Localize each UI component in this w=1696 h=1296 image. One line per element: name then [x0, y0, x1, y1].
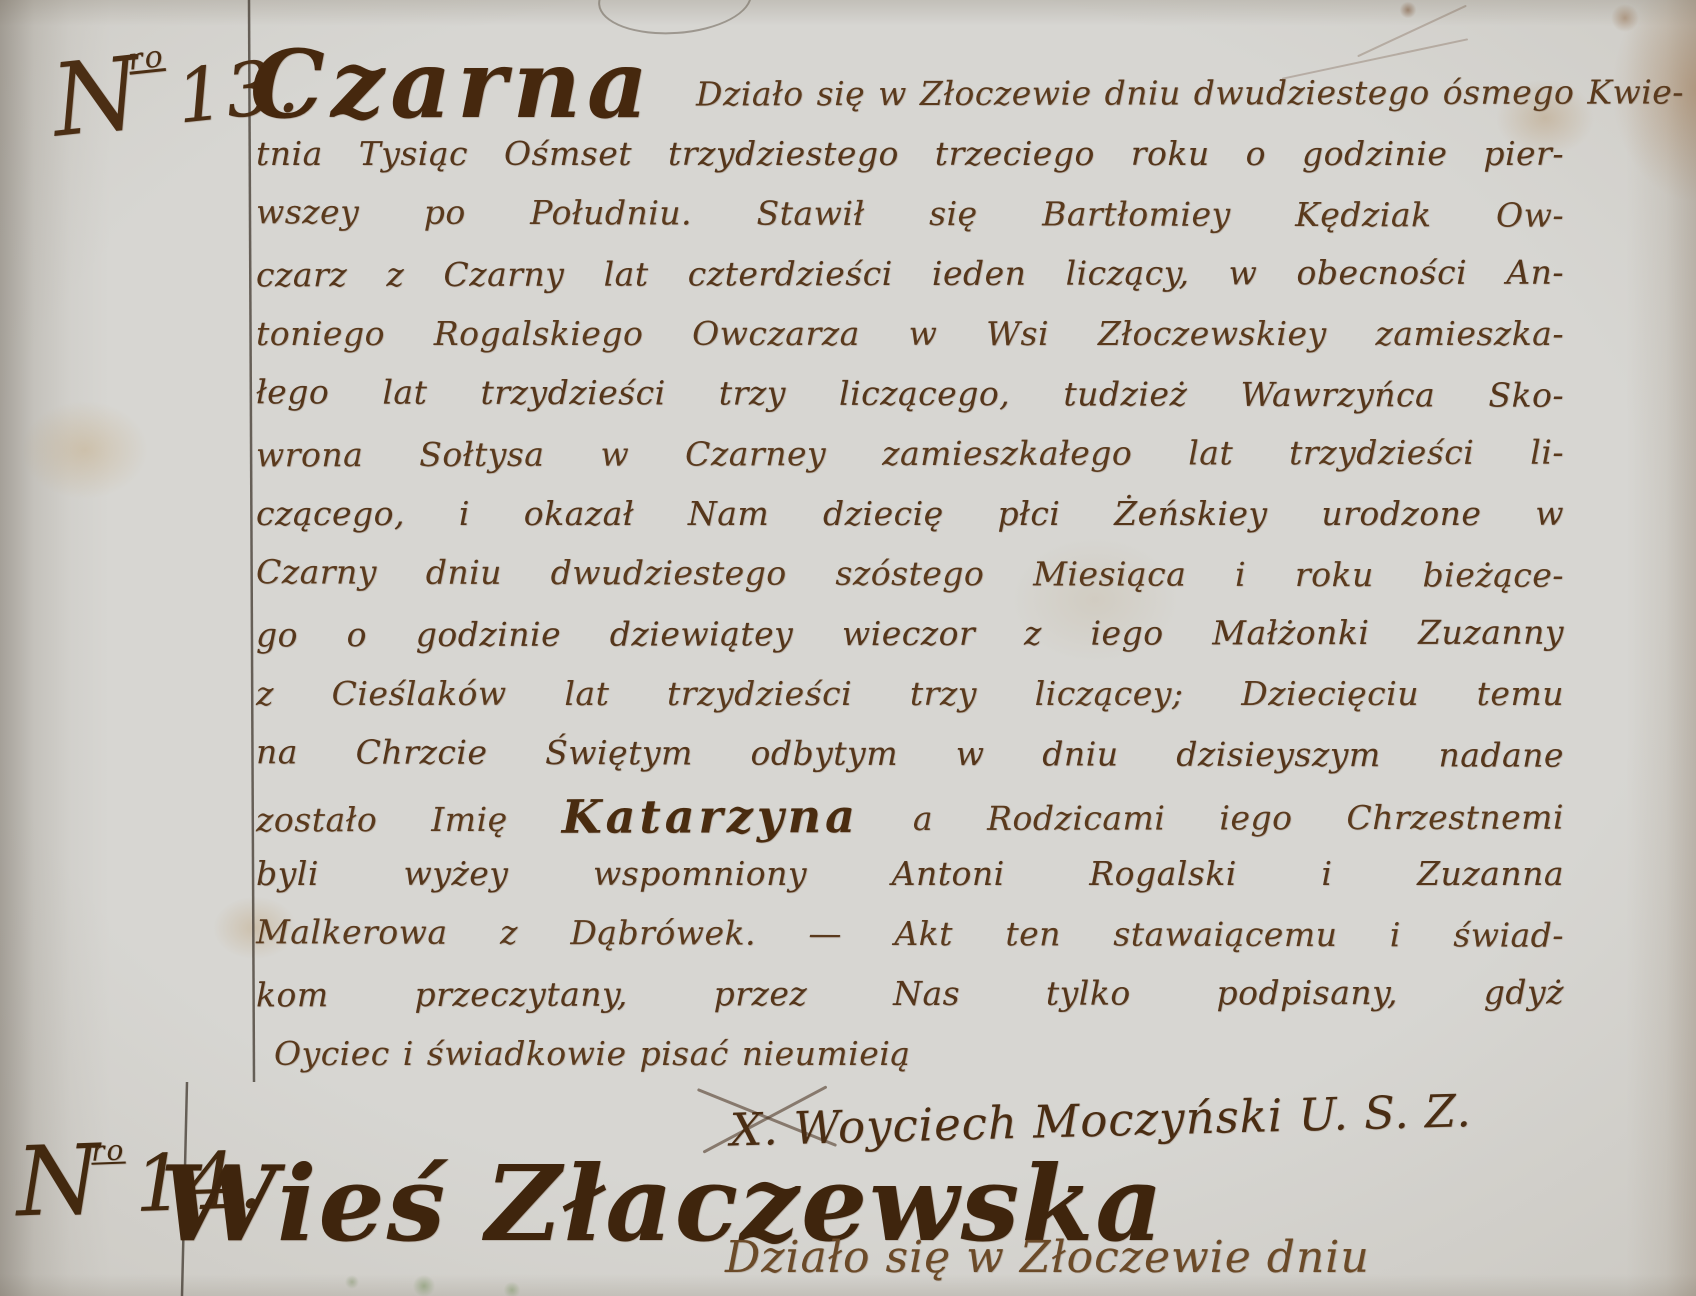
record-line: Czarny dniu dwudziestego szóstego Miesią…	[256, 542, 1564, 605]
record-line: wszey po Południu. Stawił się Bartłomiey…	[256, 182, 1564, 245]
record-line: tnia Tysiąc Ośmset trzydziestego trzecie…	[256, 124, 1564, 184]
record-line: go o godzinie dziewiątey wieczor z iego …	[256, 603, 1564, 666]
record-line-child-name: zostało Imię Katarzyna a Rodzicami iego …	[256, 783, 1564, 846]
record-line: kom przeczytany, przez Nas tylko podpisa…	[256, 963, 1564, 1026]
record-line: Oyciec i świadkowie pisać nieumieią	[256, 1024, 1564, 1084]
record-14-number-prefix: N	[14, 1123, 102, 1238]
record-line: czarz z Czarny lat czterdzieści ieden li…	[256, 243, 1564, 306]
child-name: Katarzyna	[562, 789, 859, 844]
record-line: wrona Sołtysa w Czarney zamieszkałego la…	[256, 423, 1564, 486]
record-line: toniego Rogalskiego Owczarza w Wsi Złocz…	[256, 304, 1564, 364]
name-line-pre: zostało Imię	[256, 800, 562, 840]
record-line: na Chrzcie Świętym odbytym w dniu dzisie…	[256, 722, 1564, 785]
record-line: byli wyżey wspomniony Antoni Rogalski i …	[256, 844, 1564, 904]
record-13-number-superscript: ro	[126, 39, 166, 78]
record-line: Malkerowa z Dąbrówek. — Akt ten stawaiąc…	[256, 902, 1564, 965]
record-line: z Cieślaków lat trzydzieści trzy liczące…	[256, 664, 1564, 724]
record-line: czącego, i okazał Nam dziecię płci Żeńsk…	[256, 484, 1564, 544]
record-14-opening-fragment: Działo się w Złoczewie dniu	[725, 1232, 1370, 1283]
record-line: łego lat trzydzieści trzy liczącego, tud…	[256, 362, 1564, 425]
record-line: Działo się w Złoczewie dniu dwudziestego…	[256, 63, 1564, 126]
register-page-scan: Nro13. Czarna Działo się w Złoczewie dni…	[0, 0, 1696, 1296]
name-line-post: a Rodzicami iego Chrzestnemi	[859, 798, 1564, 838]
record-14-number-superscript: ro	[90, 1134, 125, 1168]
record-13-body: Działo się w Złoczewie dniu dwudziestego…	[256, 64, 1564, 1084]
